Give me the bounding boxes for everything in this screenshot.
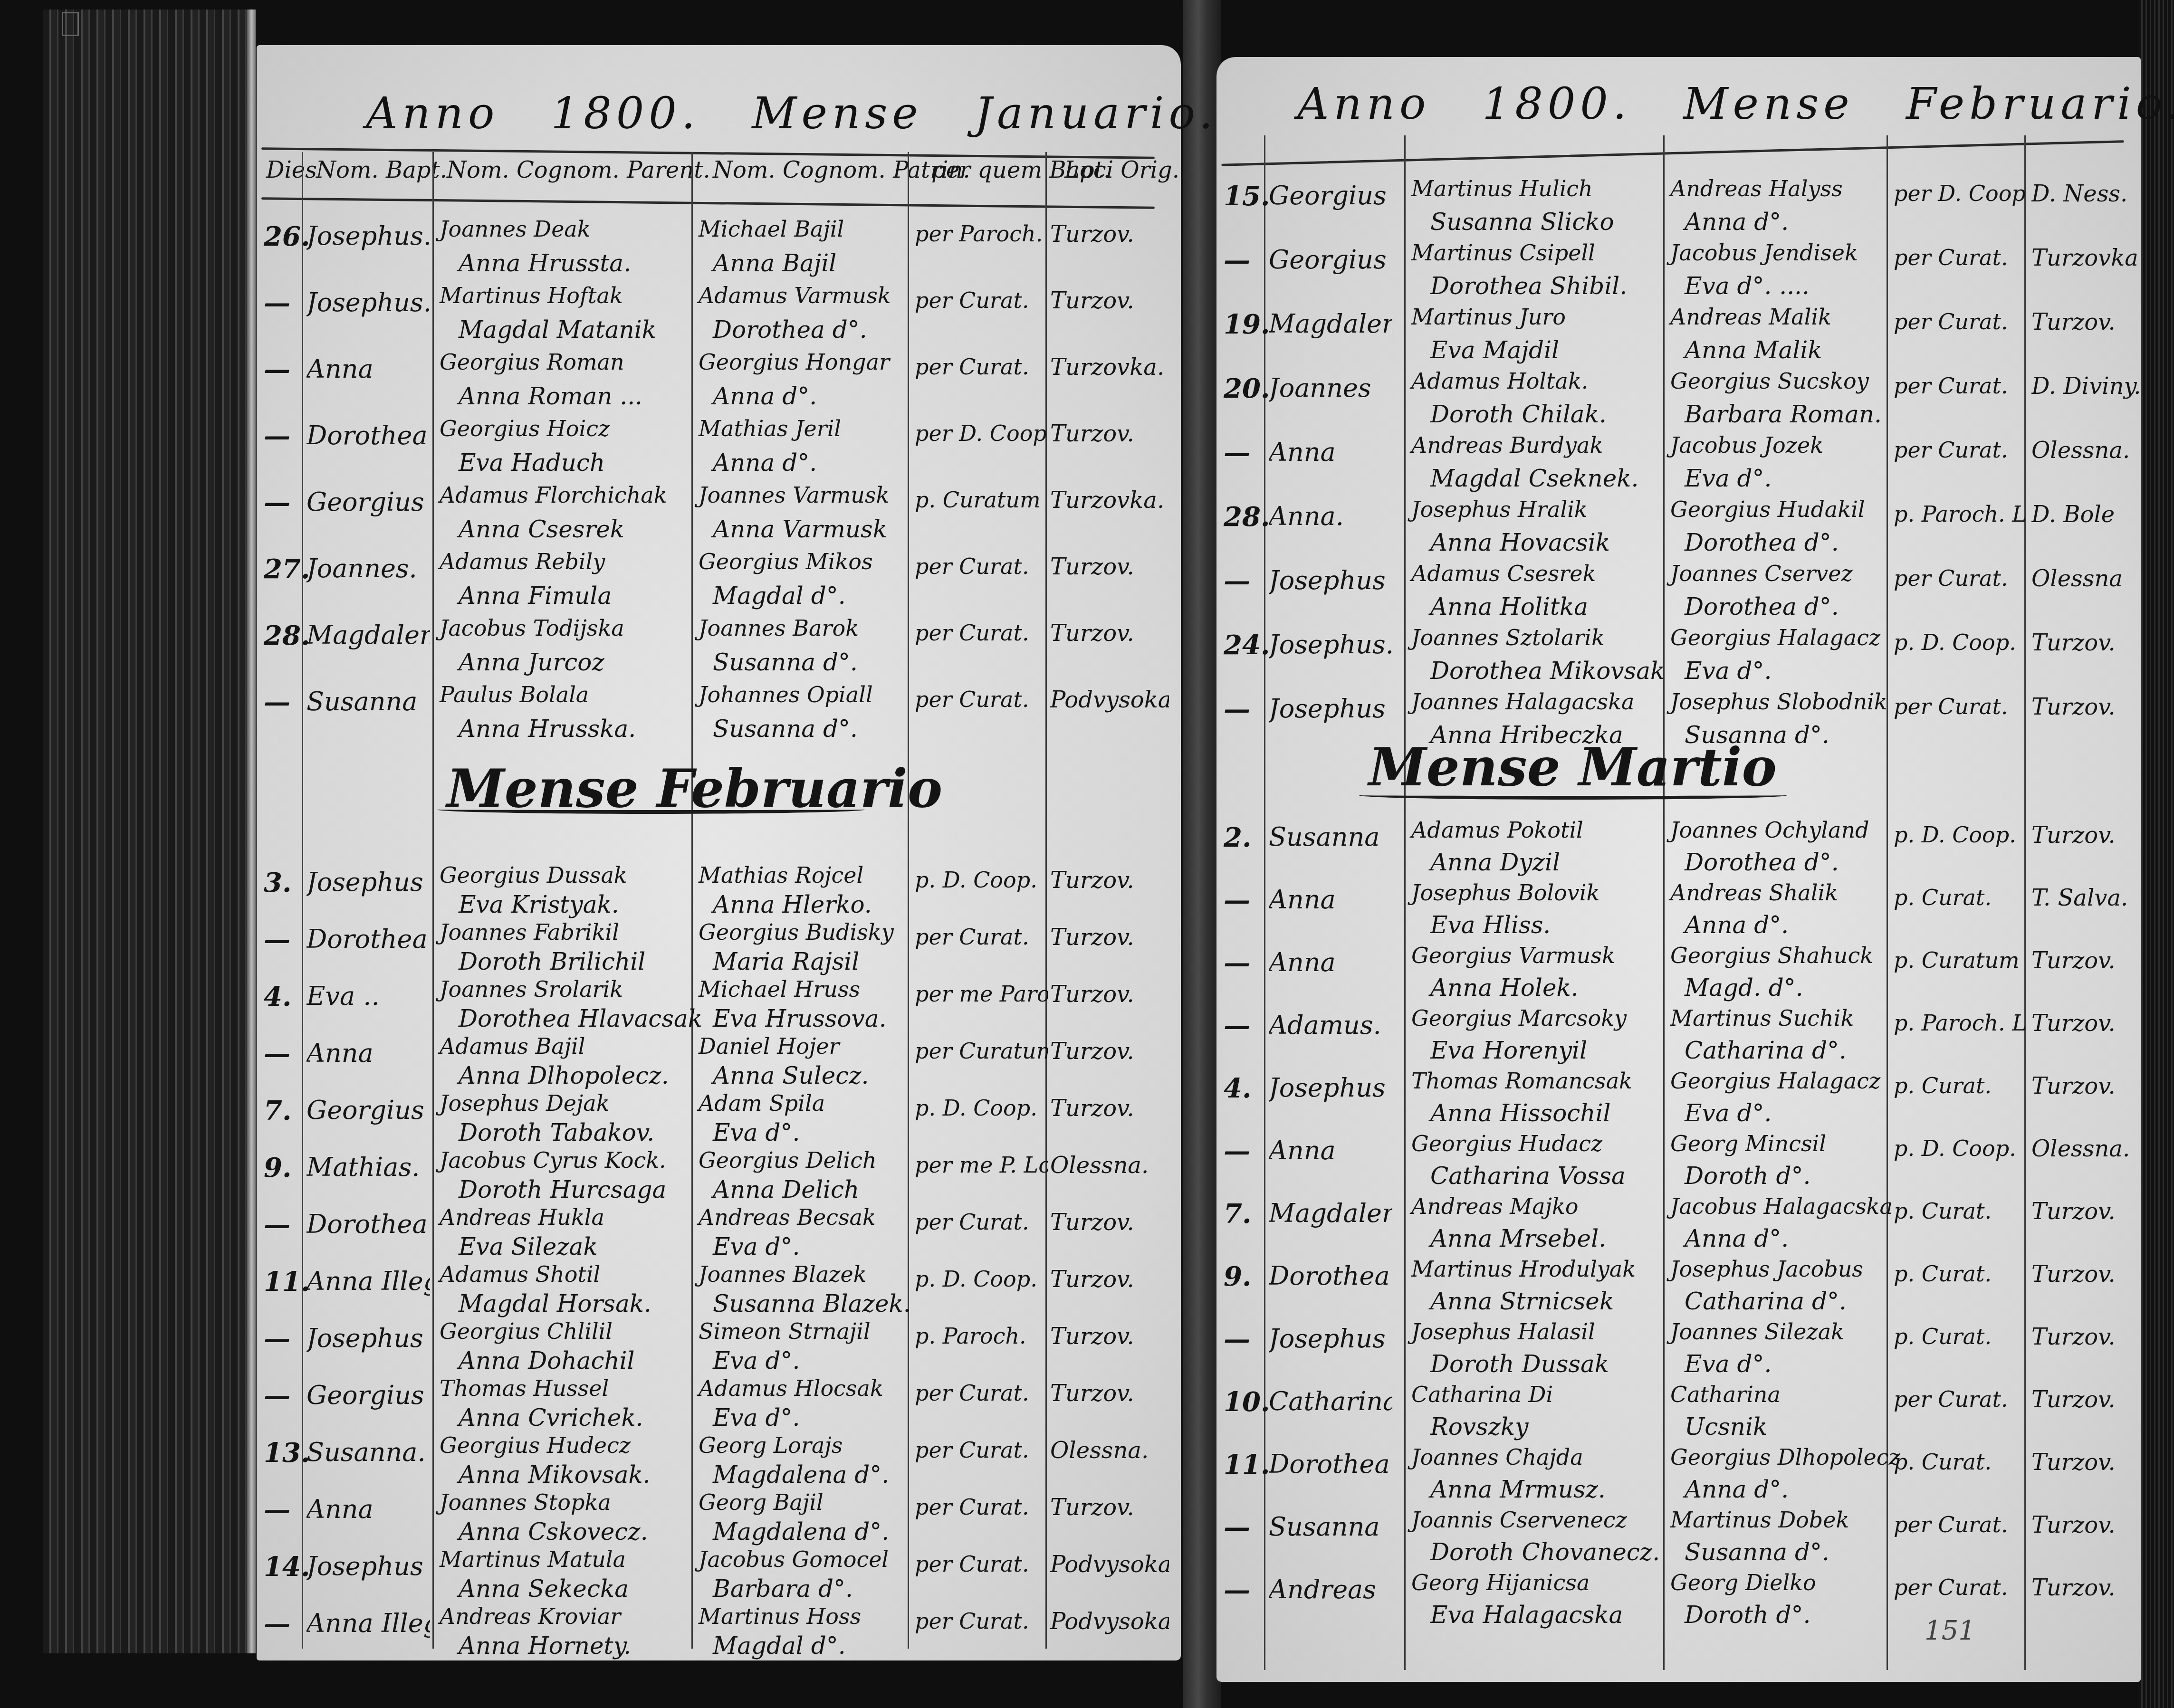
entry-godfather: Jacobus Jozek bbox=[1670, 432, 1823, 458]
entry-father: Josephus Halasil bbox=[1411, 1319, 1595, 1345]
entry-baptized-by: per Curat. bbox=[915, 1437, 1029, 1463]
entry-place: Turzov. bbox=[2031, 694, 2116, 720]
entry-godmother: Magd. d°. bbox=[1685, 974, 1803, 1002]
column-rule bbox=[432, 152, 434, 1649]
entry-child-name: Dorothea bbox=[306, 420, 428, 450]
entry-mother: Susanna Slicko bbox=[1430, 208, 1614, 236]
entry-mother: Catharina Vossa bbox=[1430, 1162, 1626, 1190]
entry-child-name: Joannes. bbox=[306, 553, 417, 583]
column-rule bbox=[2024, 135, 2026, 1670]
entry-place: Olessna bbox=[2031, 565, 2123, 592]
entry-place: Turzov. bbox=[2031, 1512, 2116, 1538]
entry-mother: Eva Silezak bbox=[459, 1233, 598, 1260]
bookmark-tab bbox=[62, 12, 79, 36]
entry-godfather: Andreas Malik bbox=[1670, 304, 1831, 330]
entry-mother: Dorothea Hlavacsak bbox=[459, 1005, 702, 1032]
entry-baptized-by: p. D. Coop. bbox=[915, 1095, 1037, 1121]
entry-day: — bbox=[1224, 245, 1250, 276]
entry-place: Turzov. bbox=[1050, 287, 1134, 314]
entry-mother: Doroth Tabakov. bbox=[459, 1119, 654, 1146]
entry-baptized-by: per Curat. bbox=[915, 287, 1029, 313]
entry-day: — bbox=[264, 1323, 290, 1355]
entry-godmother: Barbara Roman. bbox=[1685, 401, 1882, 428]
entry-place: Olessna. bbox=[2031, 437, 2130, 464]
entry-child-name: Andreas bbox=[1269, 1574, 1376, 1604]
entry-baptized-by: per me P. Loci bbox=[915, 1152, 1048, 1178]
entry-day: — bbox=[1224, 885, 1250, 916]
entry-place: Turzov. bbox=[1050, 1095, 1134, 1122]
entry-godfather: Georgius Hongar bbox=[699, 349, 890, 375]
entry-father: Joannes Sztolarik bbox=[1411, 625, 1605, 650]
entry-baptized-by: p. Curat. bbox=[1894, 1449, 1992, 1475]
column-rule bbox=[908, 152, 909, 1649]
column-rule bbox=[302, 152, 303, 1649]
entry-father: Martinus Juro bbox=[1411, 304, 1566, 330]
entry-father: Josephus Bolovik bbox=[1411, 880, 1599, 906]
entry-godfather: Martinus Dobek bbox=[1670, 1507, 1849, 1533]
entry-mother: Rovszky bbox=[1430, 1413, 1529, 1441]
entry-godmother: Anna d°. bbox=[1685, 911, 1789, 939]
entry-godmother: Eva d°. bbox=[713, 1233, 800, 1260]
entry-mother: Doroth Chilak. bbox=[1430, 401, 1607, 428]
col-header-day: Dies bbox=[266, 157, 317, 183]
entry-godmother: Magdal d°. bbox=[713, 582, 846, 610]
entry-day: 2. bbox=[1224, 822, 1251, 853]
folio-number: 151 bbox=[1925, 1615, 1975, 1646]
entry-godmother: Magdal d°. bbox=[713, 1632, 846, 1660]
entry-place: Podvysoka bbox=[1050, 1608, 1169, 1635]
entry-godmother: Anna d°. bbox=[713, 382, 817, 410]
entry-father: Joannes Fabrikil bbox=[440, 919, 619, 945]
entry-day: 4. bbox=[1224, 1073, 1251, 1104]
entry-child-name: Susanna bbox=[306, 687, 417, 716]
entry-father: Georgius Marcsoky bbox=[1411, 1005, 1627, 1031]
entry-place: Olessna. bbox=[1050, 1152, 1149, 1179]
entry-godmother: Eva Hrussova. bbox=[713, 1005, 887, 1032]
entry-place: Podvysoka bbox=[1050, 687, 1169, 713]
entry-place: Turzov. bbox=[2031, 1324, 2116, 1350]
entry-day: 15. bbox=[1224, 181, 1270, 212]
entry-day: 10. bbox=[1224, 1386, 1270, 1418]
entry-day: — bbox=[264, 287, 290, 319]
entry-godmother: Susanna d°. bbox=[1685, 1538, 1829, 1566]
entry-father: Adamus Pokotil bbox=[1411, 817, 1583, 843]
entry-father: Martinus Hoftak bbox=[440, 283, 623, 308]
col-header-child: Nom. Bapt. bbox=[316, 157, 447, 183]
entry-godfather: Georgius Delich bbox=[699, 1147, 877, 1173]
entry-baptized-by: per Curat. bbox=[1894, 694, 2008, 719]
entry-mother: Dorothea Shibil. bbox=[1430, 272, 1627, 300]
entry-mother: Magdal Cseknek. bbox=[1430, 465, 1639, 492]
entry-place: Turzov. bbox=[1050, 867, 1134, 894]
entry-godfather: Georgius Hudakil bbox=[1670, 496, 1865, 522]
entry-day: — bbox=[1224, 565, 1250, 597]
entry-day: 20. bbox=[1224, 373, 1270, 404]
entry-mother: Eva Haduch bbox=[459, 449, 605, 477]
entry-place: Turzov. bbox=[1050, 420, 1134, 447]
entry-day: — bbox=[1224, 437, 1250, 468]
entry-baptized-by: p. Curat. bbox=[1894, 1324, 1992, 1349]
entry-child-name: Anna bbox=[1269, 885, 1336, 915]
entry-godmother: Eva d°. bbox=[1685, 1099, 1772, 1127]
entry-place: Turzov. bbox=[1050, 1494, 1134, 1521]
entry-father: Adamus Bajil bbox=[440, 1033, 585, 1059]
entry-godmother: Doroth d°. bbox=[1685, 1162, 1810, 1190]
entry-baptized-by: p. Curat. bbox=[1894, 885, 1992, 910]
entry-day: — bbox=[264, 420, 290, 452]
entry-baptized-by: per Curat. bbox=[915, 1494, 1029, 1520]
entry-godmother: Dorothea d°. bbox=[713, 316, 867, 344]
entry-day: 27. bbox=[264, 553, 310, 585]
entry-baptized-by: per Curat. bbox=[1894, 1386, 2008, 1412]
entry-day: 26. bbox=[264, 221, 310, 252]
entry-father: Adamus Holtak. bbox=[1411, 368, 1589, 394]
entry-godmother: Eva d°. bbox=[1685, 1350, 1772, 1378]
entry-mother: Anna Mrmusz. bbox=[1430, 1476, 1606, 1503]
entry-baptized-by: per Curat. bbox=[915, 1608, 1029, 1634]
entry-father: Jacobus Todijska bbox=[440, 615, 624, 641]
entry-mother: Doroth Brilichil bbox=[459, 948, 645, 975]
entry-father: Joannes Deak bbox=[440, 216, 591, 242]
title-anno: Anno bbox=[366, 88, 499, 139]
entry-mother: Anna Mikovsak. bbox=[459, 1461, 651, 1489]
title-year: 1800. bbox=[551, 88, 700, 139]
entry-day: — bbox=[1224, 1324, 1250, 1355]
entry-father: Andreas Kroviar bbox=[440, 1603, 621, 1629]
entry-day: — bbox=[1224, 1010, 1250, 1041]
entry-mother: Anna Hornety. bbox=[459, 1632, 631, 1660]
entry-child-name: Anna bbox=[306, 1038, 374, 1068]
entry-child-name: Josephus bbox=[306, 1323, 423, 1353]
entry-place: D. Bole bbox=[2031, 501, 2115, 528]
entry-day: — bbox=[264, 687, 290, 718]
column-rule bbox=[691, 152, 693, 1649]
entry-child-name: Georgius Illeg. Theos .. bbox=[306, 1095, 430, 1125]
entry-mother: Eva Hliss. bbox=[1430, 911, 1551, 939]
entry-godfather: Mathias Jeril bbox=[699, 416, 841, 441]
entry-father: Georgius Hudecz bbox=[440, 1432, 631, 1458]
entry-child-name: Joannes bbox=[1269, 373, 1371, 403]
entry-day: 11. bbox=[264, 1266, 310, 1298]
entry-mother: Anna Holek. bbox=[1430, 974, 1579, 1002]
column-rule bbox=[1887, 135, 1888, 1670]
entry-father: Josephus Hralik bbox=[1411, 496, 1588, 522]
entry-day: — bbox=[264, 1608, 290, 1640]
entry-godmother: Anna Hlerko. bbox=[713, 891, 872, 918]
entry-father: Paulus Bolala bbox=[440, 682, 589, 707]
entry-baptized-by: per Curat. bbox=[915, 1209, 1029, 1235]
entry-father: Thomas Romancsak bbox=[1411, 1068, 1632, 1094]
entry-baptized-by: p. Curatum bbox=[1894, 947, 2020, 973]
entry-child-name: Anna bbox=[1269, 437, 1336, 467]
entry-day: 7. bbox=[1224, 1198, 1251, 1230]
entry-child-name: Georgius bbox=[306, 487, 424, 517]
entry-godfather: Daniel Hojer bbox=[699, 1033, 839, 1059]
entry-baptized-by: per me Paroch. Loci bbox=[915, 981, 1048, 1007]
entry-father: Jacobus Cyrus Kock. bbox=[440, 1147, 666, 1173]
entry-godmother: Anna Bajil bbox=[713, 249, 836, 277]
entry-father: Adamus Csesrek bbox=[1411, 561, 1596, 586]
entry-child-name: Josephus bbox=[1269, 565, 1386, 595]
entry-child-name: Josephus bbox=[306, 867, 423, 897]
book-page-edges bbox=[43, 10, 252, 1653]
entry-godfather: Jacobus Gomocel bbox=[699, 1546, 889, 1572]
entry-child-name: Georgius bbox=[1269, 245, 1387, 275]
entry-godmother: Anna d°. bbox=[713, 449, 817, 477]
entry-godfather: Michael Hruss bbox=[699, 976, 860, 1002]
entry-child-name: Adamus. bbox=[1269, 1010, 1381, 1040]
entry-godmother: Eva d°. .... bbox=[1685, 272, 1810, 300]
entry-mother: Magdal Matanik bbox=[459, 316, 656, 344]
entry-day: — bbox=[264, 1494, 290, 1526]
entry-father: Joannes Srolarik bbox=[440, 976, 623, 1002]
entry-godmother: Magdalena d°. bbox=[713, 1518, 889, 1546]
entry-mother: Anna Holitka bbox=[1430, 593, 1588, 620]
entry-child-name: Josephus Illegitimus bbox=[306, 1551, 430, 1581]
entry-baptized-by: p. D. Coop. bbox=[1894, 822, 2016, 848]
entry-day: — bbox=[264, 1209, 290, 1240]
left-page: Anno 1800. Mense Januario. Dies Nom. Bap… bbox=[257, 45, 1181, 1660]
entry-baptized-by: per Curat. bbox=[1894, 437, 2008, 463]
entry-godfather: Georgius Halagacz bbox=[1670, 1068, 1880, 1094]
entry-godfather: Georgius Sucskoy bbox=[1670, 368, 1869, 394]
entry-place: Turzov. bbox=[1050, 924, 1134, 951]
entry-day: — bbox=[1224, 947, 1250, 979]
column-rule bbox=[1045, 152, 1047, 1649]
entry-godmother: Eva d°. bbox=[713, 1119, 800, 1146]
entry-godfather: Adamus Hlocsak bbox=[699, 1375, 883, 1401]
entry-baptized-by: p. Curat. bbox=[1894, 1198, 1992, 1224]
entry-child-name: Josephus bbox=[1269, 694, 1386, 724]
entry-godfather: Georg Bajil bbox=[699, 1489, 824, 1515]
entry-mother: Anna Fimula bbox=[459, 582, 612, 610]
entry-child-name: Susanna. bbox=[306, 1437, 426, 1467]
entry-godfather: Georg Dielko bbox=[1670, 1570, 1816, 1595]
entry-mother: Anna Sekecka bbox=[459, 1575, 629, 1603]
entry-father: Adamus Florchichak bbox=[440, 482, 667, 508]
entry-mother: Anna Hrusska. bbox=[459, 715, 636, 743]
entry-day: — bbox=[1224, 1574, 1250, 1606]
entry-godfather: Mathias Rojcel bbox=[699, 862, 863, 888]
entry-day: 7. bbox=[264, 1095, 291, 1126]
entry-godmother: Susanna Blazek. bbox=[713, 1290, 911, 1317]
entry-child-name: Georgius bbox=[1269, 181, 1387, 210]
entry-place: Turzov. bbox=[2031, 822, 2116, 849]
entry-godfather: Adamus Varmusk bbox=[699, 283, 891, 308]
title-month: Januario. bbox=[975, 88, 1218, 139]
entry-day: 28. bbox=[264, 620, 310, 651]
entry-mother: Anna Hovacsik bbox=[1430, 529, 1610, 556]
entry-father: Georg Hijanicsa bbox=[1411, 1570, 1590, 1595]
entry-father: Josephus Dejak bbox=[440, 1090, 610, 1116]
entry-place: Turzovka bbox=[2031, 245, 2138, 271]
entry-baptized-by: per Curat. bbox=[915, 354, 1029, 380]
entry-godmother: Catharina d°. bbox=[1685, 1288, 1847, 1315]
entry-day: 9. bbox=[264, 1152, 291, 1183]
entry-godfather: Georgius Shahuck bbox=[1670, 943, 1873, 968]
entry-godmother: Susanna d°. bbox=[713, 649, 858, 676]
entry-baptized-by: per D. Coop. bbox=[915, 420, 1048, 446]
entry-baptized-by: p. Paroch. Loci bbox=[1894, 1010, 2027, 1036]
entry-godmother: Anna Delich bbox=[713, 1176, 859, 1203]
entry-baptized-by: per Curat. bbox=[915, 553, 1029, 579]
entry-baptized-by: per Curat. bbox=[1894, 373, 2008, 399]
entry-godmother: Anna d°. bbox=[1685, 1225, 1789, 1252]
entry-place: Turzov. bbox=[1050, 620, 1134, 647]
entry-baptized-by: per Curat. bbox=[915, 1380, 1029, 1406]
entry-place: Turzov. bbox=[1050, 1209, 1134, 1236]
entry-place: D. Diviny. bbox=[2031, 373, 2141, 400]
entry-child-name: Anna bbox=[306, 354, 374, 384]
entry-mother: Doroth Hurcsaga bbox=[459, 1176, 666, 1203]
entry-mother: Eva Halagacska bbox=[1430, 1601, 1623, 1629]
entry-child-name: Mathias. bbox=[306, 1152, 420, 1182]
entry-godmother: Eva d°. bbox=[1685, 465, 1772, 492]
scan-background: Anno 1800. Mense Januario. Dies Nom. Bap… bbox=[0, 0, 2174, 1708]
entry-child-name: Josephus bbox=[1269, 1324, 1386, 1354]
entry-mother: Dorothea Mikovsak bbox=[1430, 657, 1665, 685]
entry-baptized-by: p. D. Coop. bbox=[1894, 630, 2016, 655]
entry-child-name: Dorothea bbox=[306, 924, 428, 954]
entry-godfather: Andreas Shalik bbox=[1670, 880, 1838, 906]
col-header-place: Loci Orig. bbox=[1064, 157, 1179, 183]
entry-mother: Anna Dyzil bbox=[1430, 849, 1560, 876]
entry-godmother: Ucsnik bbox=[1685, 1413, 1767, 1441]
entry-child-name: Anna. bbox=[1269, 501, 1344, 531]
entry-mother: Doroth Dussak bbox=[1430, 1350, 1609, 1378]
entry-father: Georgius Hudacz bbox=[1411, 1131, 1602, 1156]
entry-godmother: Barbara d°. bbox=[713, 1575, 853, 1603]
entry-baptized-by: per Curat. bbox=[915, 620, 1029, 646]
entry-child-name: Susanna bbox=[1269, 1512, 1379, 1542]
entry-day: 28. bbox=[1224, 501, 1270, 533]
entry-godfather: Joannes Barok bbox=[699, 615, 859, 641]
entry-day: 4. bbox=[264, 981, 291, 1012]
month-flourish bbox=[1359, 791, 1787, 800]
entry-place: Turzovka. bbox=[1050, 487, 1164, 514]
entry-place: Podvysoka bbox=[1050, 1551, 1169, 1578]
entry-father: Joannis Cservenecz bbox=[1411, 1507, 1627, 1533]
entry-child-name: Anna bbox=[306, 1494, 374, 1524]
entry-baptized-by: p. D. Coop. bbox=[915, 1266, 1037, 1292]
entry-child-name: Josephus. bbox=[1269, 630, 1392, 659]
entry-godmother: Eva d°. bbox=[1685, 657, 1772, 685]
entry-father: Georgius Dussak bbox=[440, 862, 627, 888]
entry-godfather: Jacobus Halagacska bbox=[1670, 1193, 1893, 1219]
entry-godmother: Eva d°. bbox=[713, 1404, 800, 1431]
entry-father: Andreas Burdyak bbox=[1411, 432, 1603, 458]
title-anno: Anno bbox=[1297, 78, 1430, 129]
entry-father: Adamus Shotil bbox=[440, 1261, 600, 1287]
title-year: 1800. bbox=[1483, 78, 1631, 129]
entry-godmother: Dorothea d°. bbox=[1685, 593, 1839, 620]
entry-child-name: Anna Illeg. T. bbox=[306, 1608, 430, 1638]
entry-place: Turzov. bbox=[2031, 1198, 2116, 1225]
entry-mother: Anna Hrussta. bbox=[459, 249, 631, 277]
entry-godmother: Dorothea d°. bbox=[1685, 529, 1839, 556]
entry-day: — bbox=[264, 1380, 290, 1412]
entry-godfather: Georg Mincsil bbox=[1670, 1131, 1826, 1156]
entry-father: Georgius Hoicz bbox=[440, 416, 610, 441]
entry-mother: Anna Jurcoz bbox=[459, 649, 604, 676]
entry-baptized-by: per Curat. bbox=[1894, 309, 2008, 334]
entry-father: Georgius Varmusk bbox=[1411, 943, 1615, 968]
entry-child-name: Dorothea bbox=[1269, 1261, 1390, 1291]
entry-child-name: Dorothea bbox=[306, 1209, 428, 1239]
book-gutter bbox=[1183, 0, 1221, 1708]
entry-day: — bbox=[264, 1038, 290, 1069]
entry-godfather: Martinus Suchik bbox=[1670, 1005, 1854, 1031]
entry-mother: Anna Dlhopolecz. bbox=[459, 1062, 669, 1089]
entry-godfather: Georg Lorajs bbox=[699, 1432, 843, 1458]
entry-godmother: Magdalena d°. bbox=[713, 1461, 889, 1489]
entry-day: 14. bbox=[264, 1551, 310, 1583]
entry-place: Turzov. bbox=[2031, 1073, 2116, 1099]
entry-baptized-by: per Curat. bbox=[915, 924, 1029, 950]
entry-mother: Anna Mrsebel. bbox=[1430, 1225, 1606, 1252]
entry-baptized-by: per Curat. bbox=[915, 1551, 1029, 1577]
entry-baptized-by: per Curat. bbox=[1894, 245, 2008, 270]
month-heading-martio: Mense Martio bbox=[1369, 736, 1777, 798]
entry-mother: Eva Horenyil bbox=[1430, 1037, 1587, 1064]
title-month: Februario. bbox=[1906, 78, 2174, 129]
page-title: Anno 1800. Mense Februario. bbox=[1297, 78, 2174, 129]
entry-godfather: Josephus Slobodnik bbox=[1670, 689, 1887, 715]
month-flourish bbox=[437, 805, 865, 814]
entry-place: Turzov. bbox=[1050, 1380, 1134, 1407]
entry-godmother: Susanna d°. bbox=[713, 715, 858, 743]
entry-baptized-by: p. D. Coop. bbox=[915, 867, 1037, 893]
entry-baptized-by: per Curat. bbox=[1894, 1512, 2008, 1537]
entry-day: — bbox=[264, 487, 290, 518]
entry-day: — bbox=[1224, 1135, 1250, 1167]
entry-godmother: Anna Varmusk bbox=[713, 515, 887, 543]
entry-baptized-by: per D. Coop. bbox=[1894, 181, 2027, 206]
entry-day: 19. bbox=[1224, 309, 1270, 340]
entry-day: 3. bbox=[264, 867, 291, 898]
column-rule bbox=[1404, 135, 1406, 1670]
entry-day: 9. bbox=[1224, 1261, 1251, 1292]
entry-mother: Anna Cvrichek. bbox=[459, 1404, 643, 1431]
entry-mother: Eva Kristyak. bbox=[459, 891, 619, 918]
entry-baptized-by: per Paroch. Loci bbox=[915, 221, 1048, 247]
entry-place: Turzov. bbox=[2031, 1386, 2116, 1413]
entry-father: Joannes Halagacska bbox=[1411, 689, 1634, 715]
entry-baptized-by: p. Paroch. bbox=[915, 1323, 1026, 1349]
entry-godmother: Anna Sulecz. bbox=[713, 1062, 869, 1089]
entry-father: Thomas Hussel bbox=[440, 1375, 609, 1401]
entry-baptized-by: p. Curat. bbox=[1894, 1073, 1992, 1098]
entry-father: Georgius Chlilil bbox=[440, 1318, 613, 1344]
entry-godfather: Georgius Mikos bbox=[699, 549, 873, 574]
entry-godfather: Simeon Strnajil bbox=[699, 1318, 871, 1344]
entry-place: Turzov. bbox=[2031, 630, 2116, 656]
entry-mother: Doroth Chovanecz. bbox=[1430, 1538, 1660, 1566]
entry-baptized-by: p. Curat. bbox=[1894, 1261, 1992, 1287]
entry-mother: Anna Cskovecz. bbox=[459, 1518, 648, 1546]
entry-child-name: Josephus. bbox=[306, 287, 430, 317]
entry-baptized-by: p. Paroch. Loci bbox=[1894, 501, 2027, 527]
entry-godmother: Dorothea d°. bbox=[1685, 849, 1839, 876]
entry-godmother: Doroth d°. bbox=[1685, 1601, 1810, 1629]
book-right-edge bbox=[2138, 0, 2174, 1708]
entry-godfather: Adam Spila bbox=[699, 1090, 825, 1116]
entry-place: Olessna. bbox=[1050, 1437, 1149, 1464]
col-header-parents: Nom. Cognom. Parent. bbox=[447, 157, 710, 183]
entry-mother: Anna Roman ... bbox=[459, 382, 642, 410]
column-rule bbox=[1264, 135, 1265, 1670]
header-rule bbox=[1221, 140, 2124, 166]
